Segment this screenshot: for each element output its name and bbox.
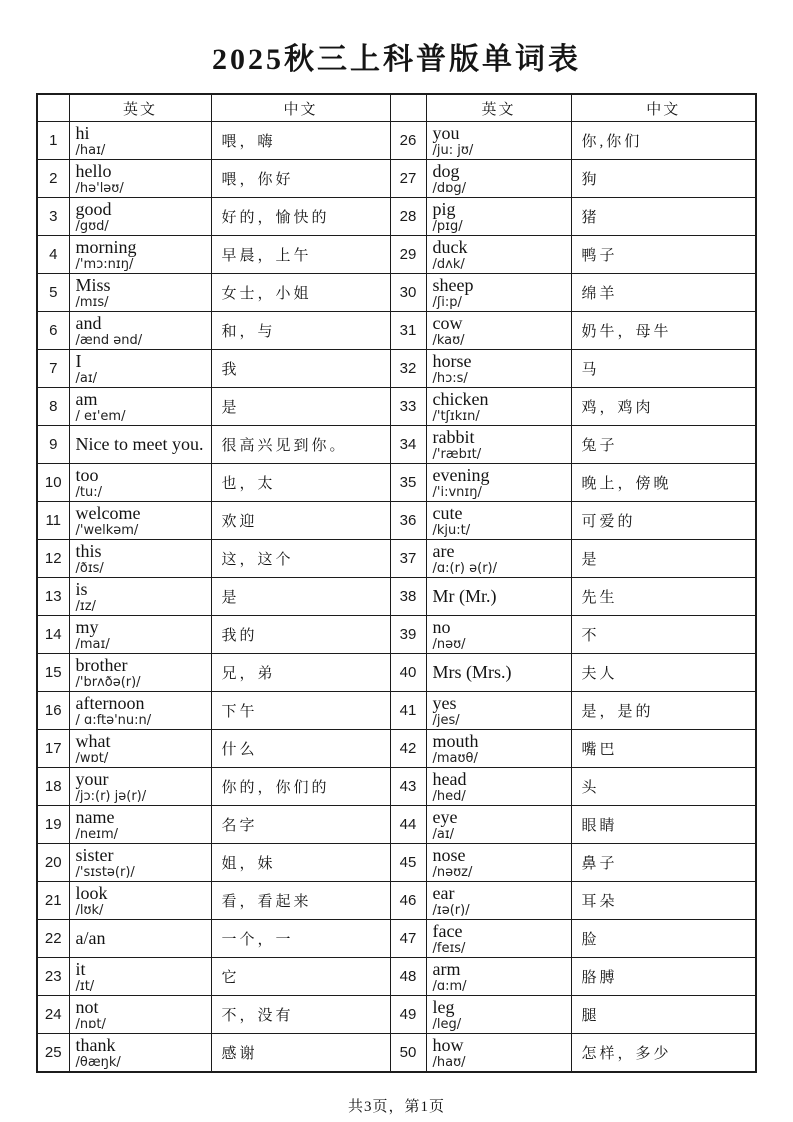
english-cell: hi /haɪ/ — [69, 122, 211, 160]
row-number: 23 — [37, 958, 69, 996]
row-number: 32 — [390, 350, 426, 388]
english-cell: afternoon / ɑ:ftə'nu:n/ — [69, 692, 211, 730]
phonetic: /nəʊ/ — [433, 637, 569, 652]
chinese-cell: 怎样，多少 — [571, 1034, 756, 1073]
chinese-cell: 欢迎 — [211, 502, 390, 540]
row-number: 44 — [390, 806, 426, 844]
table-row: 4 morning /'mɔ:nɪŋ/ 早晨，上午 29 duck /dʌk/ … — [37, 236, 756, 274]
chinese-cell: 兄，弟 — [211, 654, 390, 692]
chinese-cell: 狗 — [571, 160, 756, 198]
english-word: you — [433, 124, 569, 143]
phonetic: /'sɪstə(r)/ — [76, 865, 209, 880]
english-cell: not /nɒt/ — [69, 996, 211, 1034]
table-row: 13 is /ɪz/ 是 38 Mr (Mr.) 先生 — [37, 578, 756, 616]
english-word: your — [76, 770, 209, 789]
chinese-cell: 马 — [571, 350, 756, 388]
chinese-cell: 头 — [571, 768, 756, 806]
chinese-cell: 下午 — [211, 692, 390, 730]
chinese-cell: 绵羊 — [571, 274, 756, 312]
chinese-cell: 这，这个 — [211, 540, 390, 578]
phonetic: /ɪt/ — [76, 979, 209, 994]
english-word: leg — [433, 998, 569, 1017]
phonetic: /'welkəm/ — [76, 523, 209, 538]
english-cell: this /ðɪs/ — [69, 540, 211, 578]
english-word: look — [76, 884, 209, 903]
english-cell: eye /aɪ/ — [426, 806, 571, 844]
english-word: this — [76, 542, 209, 561]
chinese-cell: 和，与 — [211, 312, 390, 350]
row-number: 20 — [37, 844, 69, 882]
phonetic: /ðɪs/ — [76, 561, 209, 576]
table-row: 3 good /gʊd/ 好的，愉快的 28 pig /pɪg/ 猪 — [37, 198, 756, 236]
phonetic: /'i:vnɪŋ/ — [433, 485, 569, 500]
english-word: I — [76, 352, 209, 371]
english-word: hello — [76, 162, 209, 181]
table-row: 14 my /maɪ/ 我的 39 no /nəʊ/ 不 — [37, 616, 756, 654]
table-row: 20 sister /'sɪstə(r)/ 姐，妹 45 nose /nəʊz/… — [37, 844, 756, 882]
chinese-cell: 是 — [211, 388, 390, 426]
chinese-cell: 鸡，鸡肉 — [571, 388, 756, 426]
document-page: 2025秋三上科普版单词表 英文 中文 英文 中文 1 hi /haɪ/ 喂，嗨 — [0, 0, 793, 1122]
row-number: 6 — [37, 312, 69, 350]
english-cell: am / eɪ'em/ — [69, 388, 211, 426]
english-word: am — [76, 390, 209, 409]
phonetic: /dʌk/ — [433, 257, 569, 272]
english-cell: horse /hɔ:s/ — [426, 350, 571, 388]
row-number: 40 — [390, 654, 426, 692]
english-word: horse — [433, 352, 569, 371]
english-word: thank — [76, 1036, 209, 1055]
header-english-left: 英文 — [69, 94, 211, 122]
chinese-cell: 不 — [571, 616, 756, 654]
english-word: dog — [433, 162, 569, 181]
row-number: 1 — [37, 122, 69, 160]
table-row: 5 Miss /mɪs/ 女士，小姐 30 sheep /ʃi:p/ 绵羊 — [37, 274, 756, 312]
row-number: 10 — [37, 464, 69, 502]
english-cell: Mrs (Mrs.) — [426, 654, 571, 692]
english-cell: no /nəʊ/ — [426, 616, 571, 654]
row-number: 24 — [37, 996, 69, 1034]
row-number: 26 — [390, 122, 426, 160]
phonetic: /hə'ləʊ/ — [76, 181, 209, 196]
english-cell: yes /jes/ — [426, 692, 571, 730]
english-word: pig — [433, 200, 569, 219]
chinese-cell: 夫人 — [571, 654, 756, 692]
phonetic: /ɪə(r)/ — [433, 903, 569, 918]
phonetic: /haɪ/ — [76, 143, 209, 158]
row-number: 19 — [37, 806, 69, 844]
phonetic: /nəʊz/ — [433, 865, 569, 880]
english-cell: you /ju: jʊ/ — [426, 122, 571, 160]
table-row: 8 am / eɪ'em/ 是 33 chicken /'tʃɪkɪn/ 鸡，鸡… — [37, 388, 756, 426]
row-number: 43 — [390, 768, 426, 806]
english-word: hi — [76, 124, 209, 143]
table-row: 18 your /jɔ:(r) jə(r)/ 你的，你们的 43 head /h… — [37, 768, 756, 806]
chinese-cell: 脸 — [571, 920, 756, 958]
table-row: 17 what /wɒt/ 什么 42 mouth /maʊθ/ 嘴巴 — [37, 730, 756, 768]
chinese-cell: 兔子 — [571, 426, 756, 464]
chinese-cell: 可爱的 — [571, 502, 756, 540]
english-cell: name /neɪm/ — [69, 806, 211, 844]
phonetic: / eɪ'em/ — [76, 409, 209, 424]
chinese-cell: 不，没有 — [211, 996, 390, 1034]
phonetic: /gʊd/ — [76, 219, 209, 234]
english-word: sister — [76, 846, 209, 865]
table-row: 2 hello /hə'ləʊ/ 喂，你好 27 dog /dɒg/ 狗 — [37, 160, 756, 198]
english-cell: ear /ɪə(r)/ — [426, 882, 571, 920]
phonetic: /wɒt/ — [76, 751, 209, 766]
table-row: 16 afternoon / ɑ:ftə'nu:n/ 下午 41 yes /je… — [37, 692, 756, 730]
row-number: 45 — [390, 844, 426, 882]
english-word: Nice to meet you. — [76, 435, 209, 454]
phonetic: /aɪ/ — [76, 371, 209, 386]
phonetic: /hed/ — [433, 789, 569, 804]
english-cell: Mr (Mr.) — [426, 578, 571, 616]
row-number: 42 — [390, 730, 426, 768]
row-number: 25 — [37, 1034, 69, 1073]
phonetic: /ænd ənd/ — [76, 333, 209, 348]
chinese-cell: 姐，妹 — [211, 844, 390, 882]
row-number: 31 — [390, 312, 426, 350]
phonetic: /'tʃɪkɪn/ — [433, 409, 569, 424]
english-word: not — [76, 998, 209, 1017]
english-cell: how /haʊ/ — [426, 1034, 571, 1073]
english-cell: my /maɪ/ — [69, 616, 211, 654]
phonetic: /aɪ/ — [433, 827, 569, 842]
chinese-cell: 也，太 — [211, 464, 390, 502]
english-word: rabbit — [433, 428, 569, 447]
chinese-cell: 早晨，上午 — [211, 236, 390, 274]
row-number: 27 — [390, 160, 426, 198]
header-english-right: 英文 — [426, 94, 571, 122]
english-cell: brother /'brʌðə(r)/ — [69, 654, 211, 692]
chinese-cell: 感谢 — [211, 1034, 390, 1073]
english-word: Mrs (Mrs.) — [433, 663, 569, 682]
phonetic: /haʊ/ — [433, 1055, 569, 1070]
english-word: it — [76, 960, 209, 979]
english-word: face — [433, 922, 569, 941]
table-row: 9 Nice to meet you. 很高兴见到你。 34 rabbit /'… — [37, 426, 756, 464]
chinese-cell: 我的 — [211, 616, 390, 654]
phonetic: /lʊk/ — [76, 903, 209, 918]
english-word: Mr (Mr.) — [433, 587, 569, 606]
english-cell: dog /dɒg/ — [426, 160, 571, 198]
phonetic: /tu:/ — [76, 485, 209, 500]
english-cell: hello /hə'ləʊ/ — [69, 160, 211, 198]
english-word: too — [76, 466, 209, 485]
english-word: chicken — [433, 390, 569, 409]
english-cell: welcome /'welkəm/ — [69, 502, 211, 540]
english-word: a/an — [76, 929, 209, 948]
english-cell: Miss /mɪs/ — [69, 274, 211, 312]
chinese-cell: 先生 — [571, 578, 756, 616]
english-cell: your /jɔ:(r) jə(r)/ — [69, 768, 211, 806]
english-word: ear — [433, 884, 569, 903]
english-cell: leg /leg/ — [426, 996, 571, 1034]
table-row: 6 and /ænd ənd/ 和，与 31 cow /kaʊ/ 奶牛，母牛 — [37, 312, 756, 350]
english-cell: is /ɪz/ — [69, 578, 211, 616]
row-number: 41 — [390, 692, 426, 730]
english-word: nose — [433, 846, 569, 865]
row-number: 17 — [37, 730, 69, 768]
english-cell: what /wɒt/ — [69, 730, 211, 768]
row-number: 5 — [37, 274, 69, 312]
english-word: evening — [433, 466, 569, 485]
english-cell: head /hed/ — [426, 768, 571, 806]
row-number: 16 — [37, 692, 69, 730]
row-number: 28 — [390, 198, 426, 236]
row-number: 18 — [37, 768, 69, 806]
phonetic: /θæŋk/ — [76, 1055, 209, 1070]
table-row: 24 not /nɒt/ 不，没有 49 leg /leg/ 腿 — [37, 996, 756, 1034]
english-cell: duck /dʌk/ — [426, 236, 571, 274]
phonetic: / ɑ:ftə'nu:n/ — [76, 713, 209, 728]
english-word: yes — [433, 694, 569, 713]
chinese-cell: 是 — [571, 540, 756, 578]
row-number: 33 — [390, 388, 426, 426]
chinese-cell: 胳膊 — [571, 958, 756, 996]
table-row: 12 this /ðɪs/ 这，这个 37 are /ɑ:(r) ə(r)/ 是 — [37, 540, 756, 578]
phonetic: /leg/ — [433, 1017, 569, 1032]
table-row: 23 it /ɪt/ 它 48 arm /ɑ:m/ 胳膊 — [37, 958, 756, 996]
english-word: no — [433, 618, 569, 637]
english-word: cow — [433, 314, 569, 333]
phonetic: /neɪm/ — [76, 827, 209, 842]
english-cell: evening /'i:vnɪŋ/ — [426, 464, 571, 502]
english-word: what — [76, 732, 209, 751]
english-word: how — [433, 1036, 569, 1055]
word-table: 英文 中文 英文 中文 1 hi /haɪ/ 喂，嗨 26 you /ju: j… — [36, 93, 757, 1073]
table-row: 25 thank /θæŋk/ 感谢 50 how /haʊ/ 怎样，多少 — [37, 1034, 756, 1073]
chinese-cell: 名字 — [211, 806, 390, 844]
row-number: 50 — [390, 1034, 426, 1073]
english-cell: are /ɑ:(r) ə(r)/ — [426, 540, 571, 578]
phonetic: /jɔ:(r) jə(r)/ — [76, 789, 209, 804]
english-cell: it /ɪt/ — [69, 958, 211, 996]
chinese-cell: 女士，小姐 — [211, 274, 390, 312]
row-number: 4 — [37, 236, 69, 274]
page-title: 2025秋三上科普版单词表 — [0, 0, 793, 78]
phonetic: /nɒt/ — [76, 1017, 209, 1032]
chinese-cell: 喂，嗨 — [211, 122, 390, 160]
header-blank-left — [37, 94, 69, 122]
chinese-cell: 是 — [211, 578, 390, 616]
table-row: 21 look /lʊk/ 看，看起来 46 ear /ɪə(r)/ 耳朵 — [37, 882, 756, 920]
table-row: 10 too /tu:/ 也，太 35 evening /'i:vnɪŋ/ 晚上… — [37, 464, 756, 502]
english-cell: pig /pɪg/ — [426, 198, 571, 236]
chinese-cell: 嘴巴 — [571, 730, 756, 768]
phonetic: /kju:t/ — [433, 523, 569, 538]
phonetic: /dɒg/ — [433, 181, 569, 196]
phonetic: /'ræbɪt/ — [433, 447, 569, 462]
english-word: brother — [76, 656, 209, 675]
row-number: 38 — [390, 578, 426, 616]
table-row: 19 name /neɪm/ 名字 44 eye /aɪ/ 眼睛 — [37, 806, 756, 844]
english-word: duck — [433, 238, 569, 257]
phonetic: /feɪs/ — [433, 941, 569, 956]
english-cell: cute /kju:t/ — [426, 502, 571, 540]
row-number: 9 — [37, 426, 69, 464]
row-number: 14 — [37, 616, 69, 654]
table-row: 1 hi /haɪ/ 喂，嗨 26 you /ju: jʊ/ 你,你们 — [37, 122, 756, 160]
row-number: 47 — [390, 920, 426, 958]
table-row: 11 welcome /'welkəm/ 欢迎 36 cute /kju:t/ … — [37, 502, 756, 540]
english-cell: sheep /ʃi:p/ — [426, 274, 571, 312]
row-number: 13 — [37, 578, 69, 616]
english-cell: good /gʊd/ — [69, 198, 211, 236]
phonetic: /maɪ/ — [76, 637, 209, 652]
english-word: welcome — [76, 504, 209, 523]
phonetic: /ɑ:(r) ə(r)/ — [433, 561, 569, 576]
chinese-cell: 我 — [211, 350, 390, 388]
english-cell: mouth /maʊθ/ — [426, 730, 571, 768]
chinese-cell: 鼻子 — [571, 844, 756, 882]
chinese-cell: 什么 — [211, 730, 390, 768]
english-cell: face /feɪs/ — [426, 920, 571, 958]
phonetic: /'mɔ:nɪŋ/ — [76, 257, 209, 272]
english-word: my — [76, 618, 209, 637]
table-row: 22 a/an 一个，一 47 face /feɪs/ 脸 — [37, 920, 756, 958]
chinese-cell: 晚上，傍晚 — [571, 464, 756, 502]
row-number: 2 — [37, 160, 69, 198]
chinese-cell: 一个，一 — [211, 920, 390, 958]
english-word: name — [76, 808, 209, 827]
row-number: 3 — [37, 198, 69, 236]
chinese-cell: 很高兴见到你。 — [211, 426, 390, 464]
chinese-cell: 腿 — [571, 996, 756, 1034]
chinese-cell: 好的，愉快的 — [211, 198, 390, 236]
phonetic: /kaʊ/ — [433, 333, 569, 348]
english-cell: I /aɪ/ — [69, 350, 211, 388]
english-word: cute — [433, 504, 569, 523]
phonetic: /hɔ:s/ — [433, 371, 569, 386]
english-cell: Nice to meet you. — [69, 426, 211, 464]
row-number: 12 — [37, 540, 69, 578]
row-number: 15 — [37, 654, 69, 692]
english-word: head — [433, 770, 569, 789]
phonetic: /ʃi:p/ — [433, 295, 569, 310]
chinese-cell: 你的，你们的 — [211, 768, 390, 806]
phonetic: /maʊθ/ — [433, 751, 569, 766]
english-cell: a/an — [69, 920, 211, 958]
english-cell: look /lʊk/ — [69, 882, 211, 920]
phonetic: /'brʌðə(r)/ — [76, 675, 209, 690]
row-number: 49 — [390, 996, 426, 1034]
chinese-cell: 你,你们 — [571, 122, 756, 160]
row-number: 34 — [390, 426, 426, 464]
phonetic: /jes/ — [433, 713, 569, 728]
phonetic: /ɪz/ — [76, 599, 209, 614]
english-word: are — [433, 542, 569, 561]
row-number: 35 — [390, 464, 426, 502]
row-number: 30 — [390, 274, 426, 312]
english-cell: and /ænd ənd/ — [69, 312, 211, 350]
english-word: afternoon — [76, 694, 209, 713]
header-blank-right — [390, 94, 426, 122]
row-number: 39 — [390, 616, 426, 654]
row-number: 11 — [37, 502, 69, 540]
english-word: is — [76, 580, 209, 599]
english-cell: sister /'sɪstə(r)/ — [69, 844, 211, 882]
row-number: 21 — [37, 882, 69, 920]
english-cell: nose /nəʊz/ — [426, 844, 571, 882]
chinese-cell: 奶牛，母牛 — [571, 312, 756, 350]
row-number: 36 — [390, 502, 426, 540]
english-word: morning — [76, 238, 209, 257]
phonetic: /mɪs/ — [76, 295, 209, 310]
english-cell: thank /θæŋk/ — [69, 1034, 211, 1073]
english-cell: morning /'mɔ:nɪŋ/ — [69, 236, 211, 274]
row-number: 8 — [37, 388, 69, 426]
english-word: good — [76, 200, 209, 219]
english-cell: too /tu:/ — [69, 464, 211, 502]
english-cell: cow /kaʊ/ — [426, 312, 571, 350]
header-row: 英文 中文 英文 中文 — [37, 94, 756, 122]
phonetic: /ɑ:m/ — [433, 979, 569, 994]
page-footer: 共3页，第1页 — [0, 1095, 793, 1116]
table-row: 15 brother /'brʌðə(r)/ 兄，弟 40 Mrs (Mrs.)… — [37, 654, 756, 692]
phonetic: /ju: jʊ/ — [433, 143, 569, 158]
chinese-cell: 猪 — [571, 198, 756, 236]
header-chinese-left: 中文 — [211, 94, 390, 122]
chinese-cell: 看，看起来 — [211, 882, 390, 920]
chinese-cell: 是，是的 — [571, 692, 756, 730]
english-word: sheep — [433, 276, 569, 295]
chinese-cell: 它 — [211, 958, 390, 996]
english-cell: rabbit /'ræbɪt/ — [426, 426, 571, 464]
english-word: mouth — [433, 732, 569, 751]
english-word: arm — [433, 960, 569, 979]
chinese-cell: 鸭子 — [571, 236, 756, 274]
english-word: and — [76, 314, 209, 333]
row-number: 48 — [390, 958, 426, 996]
phonetic: /pɪg/ — [433, 219, 569, 234]
english-cell: arm /ɑ:m/ — [426, 958, 571, 996]
english-cell: chicken /'tʃɪkɪn/ — [426, 388, 571, 426]
chinese-cell: 耳朵 — [571, 882, 756, 920]
header-chinese-right: 中文 — [571, 94, 756, 122]
chinese-cell: 眼睛 — [571, 806, 756, 844]
table-row: 7 I /aɪ/ 我 32 horse /hɔ:s/ 马 — [37, 350, 756, 388]
row-number: 22 — [37, 920, 69, 958]
chinese-cell: 喂，你好 — [211, 160, 390, 198]
english-word: eye — [433, 808, 569, 827]
row-number: 46 — [390, 882, 426, 920]
row-number: 7 — [37, 350, 69, 388]
row-number: 37 — [390, 540, 426, 578]
english-word: Miss — [76, 276, 209, 295]
row-number: 29 — [390, 236, 426, 274]
